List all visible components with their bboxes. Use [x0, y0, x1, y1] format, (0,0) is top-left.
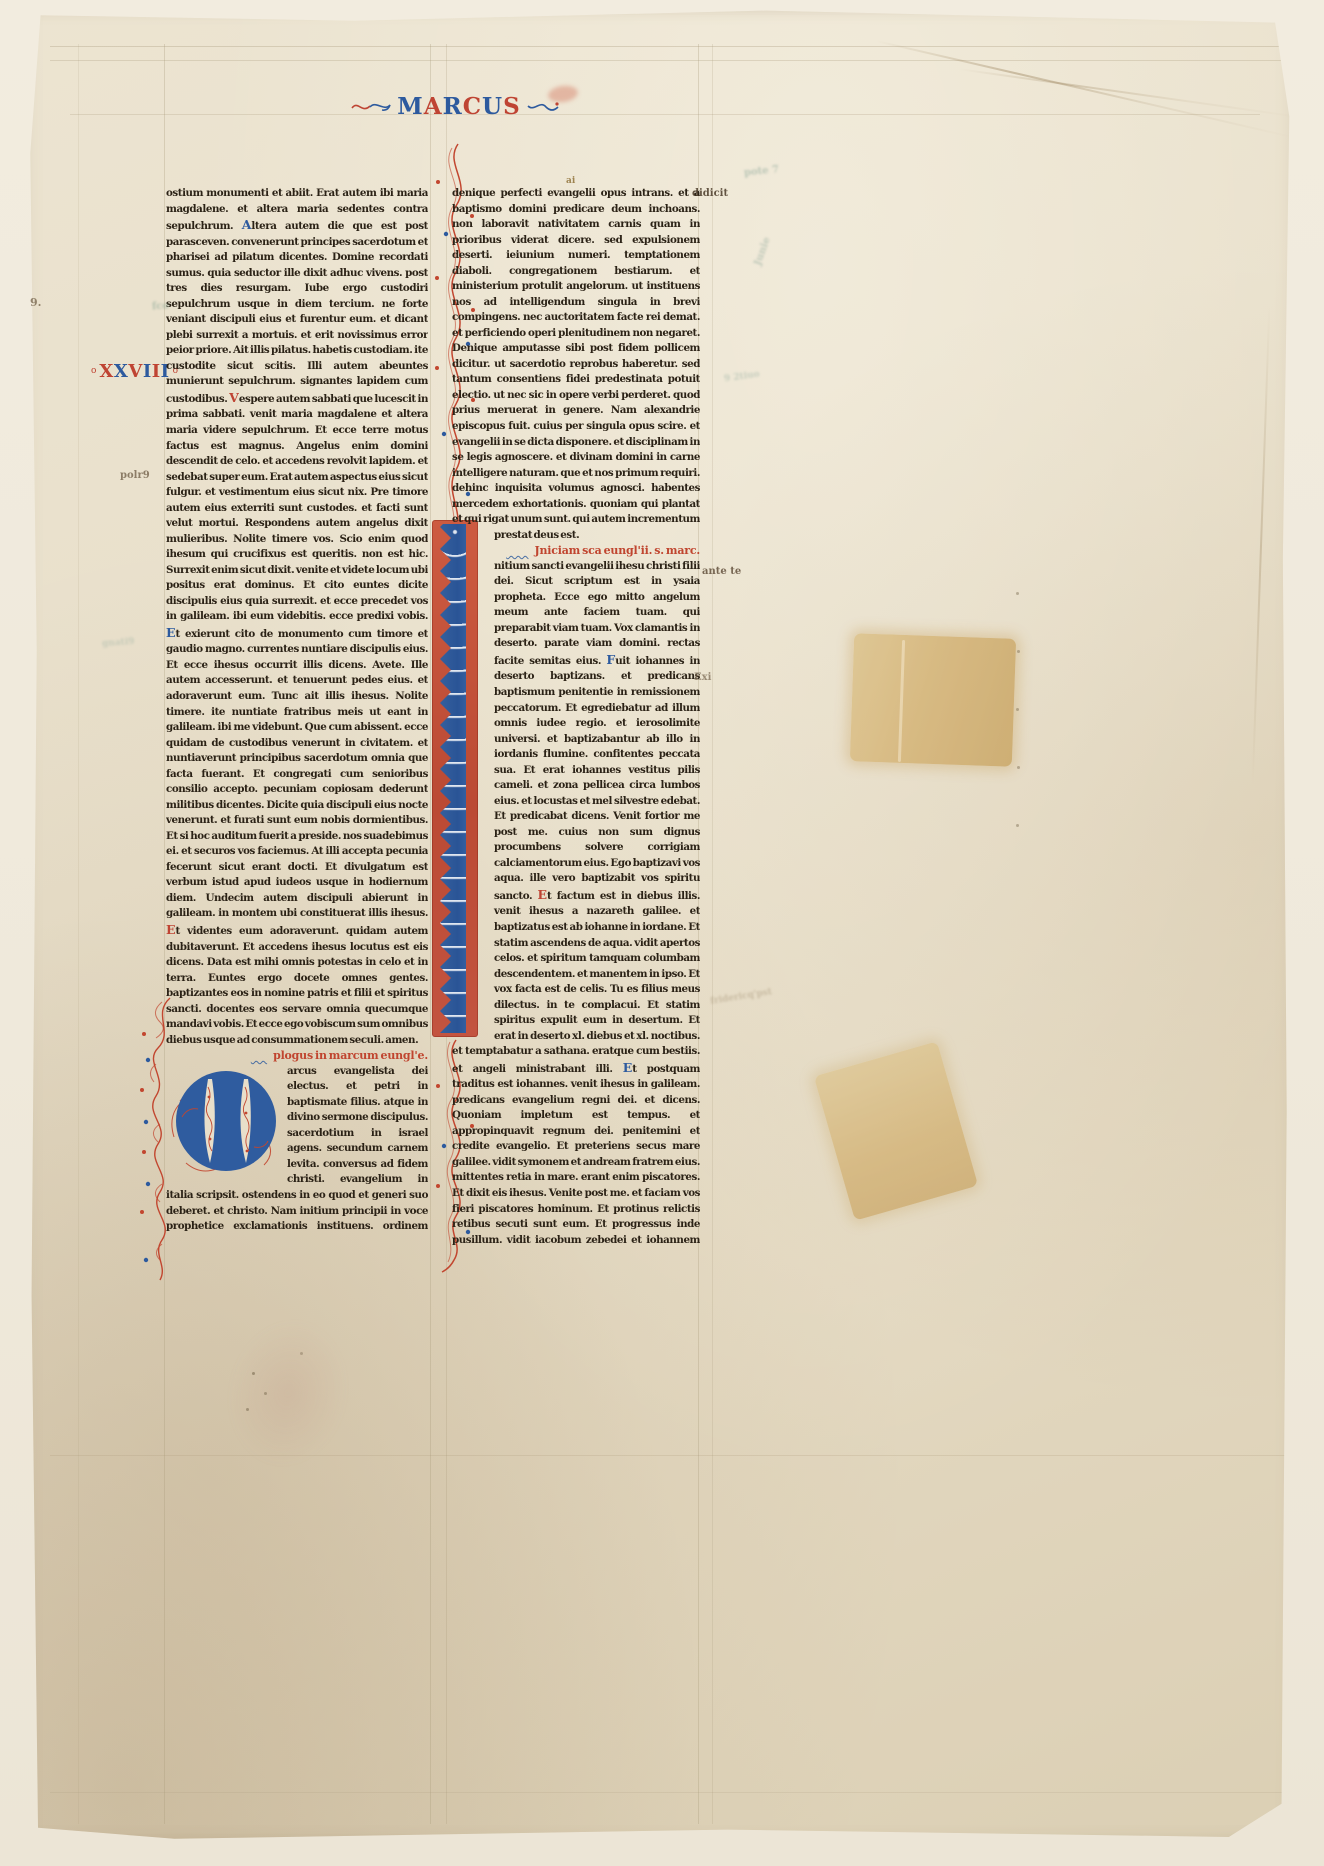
fold-crease — [876, 40, 1295, 139]
header-flourish-right — [526, 98, 560, 116]
ornamental-letter: I — [152, 361, 161, 382]
margin-note: fco — [152, 301, 170, 313]
flank-mark: o — [88, 366, 99, 376]
photograph-canvas: MARCUS oXXVIIIo ostium mon — [0, 0, 1324, 1866]
ruling-line — [712, 44, 713, 1824]
prologue-end-text: denique perfecti evangelii opus intrans.… — [452, 187, 700, 541]
ornamental-letter: I — [143, 361, 152, 382]
margin-note: Exi — [694, 672, 711, 683]
speck — [252, 1372, 255, 1375]
ruling-line — [78, 44, 79, 1824]
fold-crease — [1252, 306, 1271, 786]
versal-initial: E — [537, 887, 547, 902]
versal-initial: A — [242, 217, 252, 232]
tape-stain — [850, 633, 1016, 767]
pinhole — [1016, 824, 1019, 827]
pinhole — [1016, 708, 1019, 711]
ornamental-letter: M — [397, 93, 423, 120]
pinhole — [1016, 592, 1019, 595]
rubric-flourish — [251, 1048, 267, 1064]
versal-initial: E — [623, 1060, 633, 1075]
margin-note: ai — [566, 176, 575, 186]
rubric-prologus: plogus in marcum eungl'e. — [166, 1048, 428, 1064]
speck — [300, 1352, 303, 1355]
pinhole — [1017, 766, 1020, 769]
ornamental-letter: C — [463, 93, 482, 120]
ornamental-letter: X — [114, 361, 128, 382]
matthew-28-text: ostium monumenti et abiit. Erat autem ib… — [166, 187, 428, 1046]
header-title-letters: MARCUS — [397, 99, 520, 118]
ornamental-letter: R — [443, 93, 463, 120]
versal-initial: F — [606, 652, 615, 667]
chapter-letters: XXVIII — [99, 362, 169, 381]
ornamental-letter: S — [503, 93, 521, 120]
versal-initial: E — [166, 625, 176, 640]
margin-note: didicit — [692, 188, 728, 199]
ornamental-letter: U — [482, 93, 503, 120]
ornamental-letter: A — [424, 93, 443, 120]
running-header: MARCUS — [320, 94, 590, 120]
fold-crease — [958, 68, 1305, 119]
header-flourish-left — [350, 98, 392, 116]
versal-initial: E — [166, 922, 176, 937]
rubric-mark-incipit-text: Jniciam sca eungl'ii. s. marc. — [535, 544, 701, 557]
initial-M-artwork — [166, 1067, 280, 1177]
initial-I-text-indent — [452, 528, 494, 1044]
ruling-line — [50, 1792, 1290, 1793]
speck — [246, 1408, 249, 1411]
ruling-line — [50, 46, 1290, 47]
versal-initial: V — [229, 390, 239, 405]
rubric-flourish — [506, 543, 528, 559]
speck — [264, 1392, 267, 1395]
ruling-line — [50, 1455, 1290, 1456]
text-column-left: ostium monumenti et abiit. Erat autem ib… — [166, 186, 428, 1232]
ornamental-letter: V — [128, 361, 142, 382]
ornamental-letter: X — [99, 361, 113, 382]
text-column-right: denique perfecti evangelii opus intrans.… — [452, 186, 700, 1246]
margin-note: ante te — [702, 566, 741, 577]
ruling-line — [70, 114, 1260, 115]
margin-note: polr9 — [120, 470, 150, 481]
ruling-line — [50, 60, 1290, 61]
rubric-prologus-text: plogus in marcum eungl'e. — [273, 1049, 428, 1062]
margin-note: 9. — [30, 296, 41, 309]
pinhole — [1017, 650, 1020, 653]
